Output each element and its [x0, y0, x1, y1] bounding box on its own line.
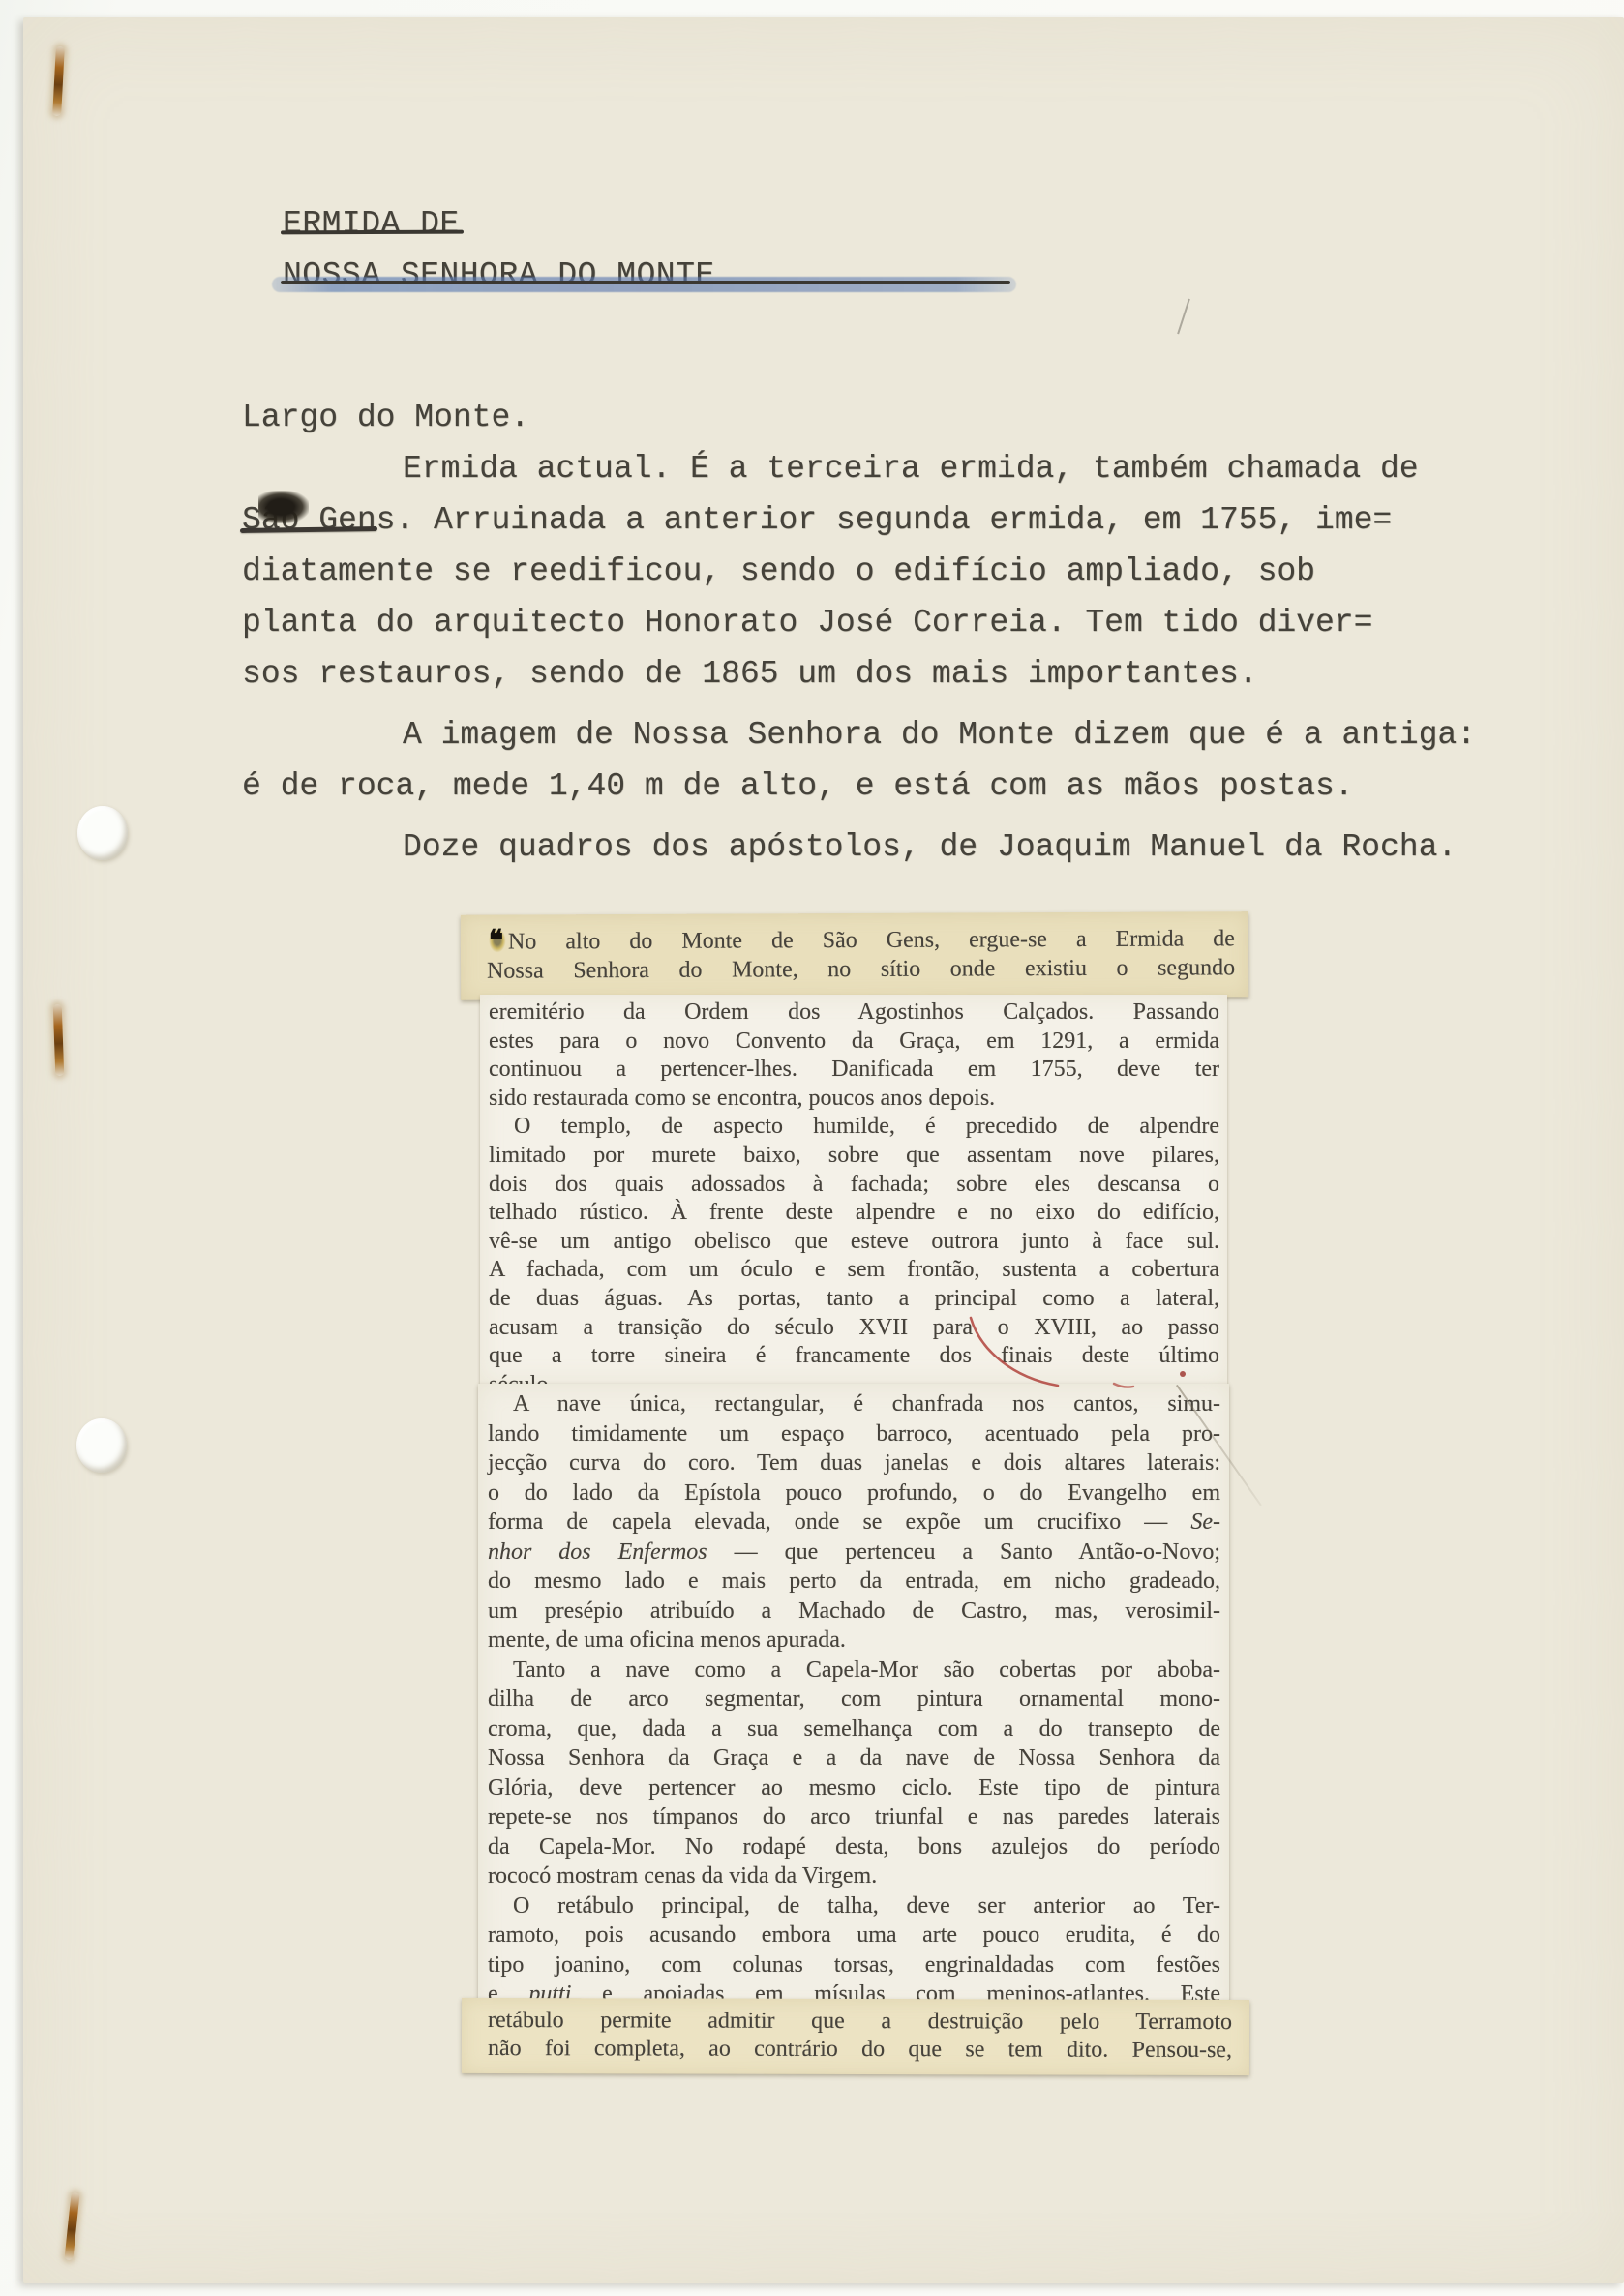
typed-line: São Gens. Arruinada a anterior segunda e… [242, 494, 1529, 546]
clipping-text-segment: sido restaurada como se encontra, poucos… [489, 1086, 995, 1111]
typed-text-segment: Arruinada a anterior segunda ermida, em … [414, 502, 1392, 538]
typed-line: Ermida actual. É a terceira ermida, tamb… [242, 443, 1529, 494]
clipping-line: Nossa Senhora do Monte, no sítio onde ex… [487, 953, 1235, 985]
title-underline-1 [281, 230, 464, 235]
typed-text-segment: Ermida actual. É a terceira ermida, tamb… [403, 451, 1419, 487]
clipping-text-segment: vê-se um antigo obelisco que esteve outr… [489, 1229, 1219, 1254]
clipping-line: rococó mostram cenas da vida da Virgem. [488, 1862, 1220, 1892]
clipping-text-segment: O templo, de aspecto humilde, é precedid… [514, 1114, 1219, 1139]
clipping-text-segment: do mesmo lado e mais perto da entrada, e… [488, 1568, 1220, 1594]
clipping-line: continuou a pertencer-lhes. Danificada e… [489, 1056, 1219, 1085]
typed-text-segment: Largo do Monte. [242, 400, 529, 435]
typed-text-segment: planta do arquitecto Honorato José Corre… [242, 605, 1372, 641]
typed-text-segment: sos restauros, sendo de 1865 um dos mais… [242, 656, 1258, 692]
typed-line: A imagem de Nossa Senhora do Monte dizem… [242, 709, 1529, 760]
typed-body: Largo do Monte.Ermida actual. É a tercei… [242, 392, 1529, 873]
clipping-text-segment: dilha de arco segmentar, com pintura orn… [488, 1686, 1220, 1712]
punch-hole-bottom [76, 1418, 127, 1473]
title-line-2: NOSSA SENHORA DO MONTE [283, 250, 715, 301]
clipping-line: um presépio atribuído a Machado de Castr… [488, 1596, 1220, 1626]
typed-line: planta do arquitecto Honorato José Corre… [242, 597, 1529, 648]
clipping-text-segment: ramoto, pois acusando embora uma arte po… [488, 1923, 1220, 1948]
clipping-text-segment: limitado por murete baixo, sobre que ass… [489, 1143, 1219, 1168]
clipping-line: repete-se nos tímpanos do arco triunfal … [488, 1803, 1220, 1833]
clipping-line: nhor dos Enfermos — que pertenceu a Sant… [488, 1537, 1220, 1567]
clipping-text-segment: A fachada, com um óculo e sem frontão, s… [489, 1257, 1219, 1282]
clipping-piece-lower: A nave única, rectangular, é chanfrada n… [478, 1384, 1229, 2014]
clipping-text-segment: telhado rústico. À frente deste alpendre… [489, 1200, 1219, 1225]
clipping-line: O retábulo principal, de talha, deve ser… [488, 1892, 1220, 1922]
clipping-text-segment: continuou a pertencer-lhes. Danificada e… [489, 1057, 1219, 1082]
clipping-line: Nossa Senhora da Graça e a da nave de No… [488, 1744, 1220, 1774]
clipping-text-segment: o do lado da Epístola pouco profundo, o … [488, 1480, 1220, 1506]
punch-hole-top [77, 806, 128, 860]
clipping-text-segment: Glória, deve pertencer ao mesmo ciclo. E… [488, 1775, 1220, 1801]
typed-line: Largo do Monte. [242, 392, 1529, 443]
clipping-line: o do lado da Epístola pouco profundo, o … [488, 1478, 1220, 1508]
clipping-line: dois dos quais adossados à fachada; sobr… [489, 1171, 1219, 1200]
red-pen-mark [944, 1304, 1195, 1401]
typed-text-segment: é de roca, mede 1,40 m de alto, e está c… [242, 768, 1354, 804]
clipping-text-segment: da Capela-Mor. No rodapé desta, bons azu… [488, 1834, 1220, 1860]
clipping-text-italic: Se- [1190, 1509, 1220, 1535]
clipping-text-segment: não foi completa, ao contrário do que se… [488, 2036, 1232, 2063]
clipping-line: não foi completa, ao contrário do que se… [488, 2035, 1232, 2065]
typed-line: diatamente se reedificou, sendo o edifíc… [242, 546, 1529, 597]
clipping-line: eremitério da Ordem dos Agostinhos Calça… [489, 999, 1219, 1028]
clipping-line: A fachada, com um óculo e sem frontão, s… [489, 1256, 1219, 1285]
clipping-text-italic: nhor dos Enfermos [488, 1539, 707, 1565]
clipping-text-segment: — que pertenceu a Santo Antão-o-Novo; [707, 1539, 1220, 1565]
clipping-text-segment: um presépio atribuído a Machado de Castr… [488, 1598, 1220, 1624]
clipping-line: estes para o novo Convento da Graça, em … [489, 1028, 1219, 1057]
clipping-line: croma, que, dada a sua semelhança com a … [488, 1715, 1220, 1744]
clipping-text-segment: tipo joanino, com colunas torsas, engrin… [488, 1953, 1220, 1978]
clipping-line: dilha de arco segmentar, com pintura orn… [488, 1685, 1220, 1715]
clipping-text-segment: estes para o novo Convento da Graça, em … [489, 1029, 1219, 1054]
title-line-1: ERMIDA DE [283, 198, 715, 250]
clipping-text-segment: eremitério da Ordem dos Agostinhos Calça… [489, 999, 1219, 1025]
clipping-text-segment: retábulo permite admitir que a destruiçã… [488, 2008, 1232, 2035]
clipping-text-segment: Tanto a nave como a Capela-Mor são cober… [513, 1657, 1220, 1683]
rust-staple-mark-middle [53, 1004, 65, 1076]
typed-line: Doze quadros dos apóstolos, de Joaquim M… [242, 821, 1529, 873]
typed-text-segment: diatamente se reedificou, sendo o edifíc… [242, 553, 1315, 589]
clipping-strip-top: ❝No alto do Monte de São Gens, ergue-se … [461, 911, 1248, 1000]
clipping-line: vê-se um antigo obelisco que esteve outr… [489, 1228, 1219, 1257]
clipping-text-segment: dois dos quais adossados à fachada; sobr… [489, 1172, 1219, 1197]
clipping-text-segment: forma de capela elevada, onde se expõe u… [488, 1509, 1190, 1535]
clipping-text-segment: O retábulo principal, de talha, deve ser… [513, 1893, 1220, 1919]
typed-text-segment: A imagem de Nossa Senhora do Monte dizem… [403, 717, 1476, 753]
clipping-text-segment: mente, de uma oficina menos apurada. [488, 1627, 846, 1653]
clipping-line: sido restaurada como se encontra, poucos… [489, 1085, 1219, 1114]
clipping-text-segment: No alto do Monte de São Gens, ergue-se a… [508, 926, 1235, 954]
clipping-line: O templo, de aspecto humilde, é precedid… [489, 1113, 1219, 1142]
rust-staple-mark-top [52, 46, 65, 116]
clipping-text-segment: croma, que, dada a sua semelhança com a … [488, 1716, 1220, 1742]
clipping-line: limitado por murete baixo, sobre que ass… [489, 1142, 1219, 1171]
clipping-line: Glória, deve pertencer ao mesmo ciclo. E… [488, 1774, 1220, 1804]
clipping-line: da Capela-Mor. No rodapé desta, bons azu… [488, 1833, 1220, 1863]
rust-staple-mark-bottom [64, 2192, 79, 2261]
clipping-line: lando timidamente um espaço barroco, ace… [488, 1419, 1220, 1449]
clipping-line: ramoto, pois acusando embora uma arte po… [488, 1921, 1220, 1951]
clipping-line: forma de capela elevada, onde se expõe u… [488, 1507, 1220, 1537]
scratch-mark [1177, 299, 1190, 335]
clipping-text-segment: repete-se nos tímpanos do arco triunfal … [488, 1804, 1220, 1830]
quote-mark: ❝ [487, 926, 508, 956]
document-page: ERMIDA DE NOSSA SENHORA DO MONTE Largo d… [23, 17, 1624, 2283]
typed-line: é de roca, mede 1,40 m de alto, e está c… [242, 760, 1529, 812]
typed-line: sos restauros, sendo de 1865 um dos mais… [242, 648, 1529, 700]
clipping-line: mente, de uma oficina menos apurada. [488, 1625, 1220, 1655]
clipping-line: ❝No alto do Monte de São Gens, ergue-se … [487, 923, 1235, 956]
blue-marker-underline [272, 277, 1016, 292]
title-underline-2 [281, 281, 1010, 284]
typed-text-segment: Doze quadros dos apóstolos, de Joaquim M… [403, 829, 1457, 865]
clipping-text-segment: lando timidamente um espaço barroco, ace… [488, 1421, 1220, 1446]
clipping-text-segment: rococó mostram cenas da vida da Virgem. [488, 1864, 877, 1889]
clipping-line: telhado rústico. À frente deste alpendre… [489, 1199, 1219, 1228]
clipping-strip-bottom: retábulo permite admitir que a destruiçã… [462, 1998, 1249, 2075]
ink-blot-correction [258, 491, 309, 523]
clipping-text-segment: jecção curva do coro. Tem duas janelas e… [488, 1450, 1220, 1476]
clipping-line: tipo joanino, com colunas torsas, engrin… [488, 1951, 1220, 1981]
clipping-line: jecção curva do coro. Tem duas janelas e… [488, 1448, 1220, 1478]
scan-background: { "typed": { "title": ["ERMIDA DE", "NOS… [0, 0, 1624, 2296]
clipping-line: do mesmo lado e mais perto da entrada, e… [488, 1566, 1220, 1596]
clipping-line: Tanto a nave como a Capela-Mor são cober… [488, 1655, 1220, 1685]
clipping-text-segment: Nossa Senhora do Monte, no sítio onde ex… [487, 955, 1235, 983]
clipping-text-segment: Nossa Senhora da Graça e a da nave de No… [488, 1745, 1220, 1771]
clipping-line: retábulo permite admitir que a destruiçã… [488, 2007, 1232, 2037]
